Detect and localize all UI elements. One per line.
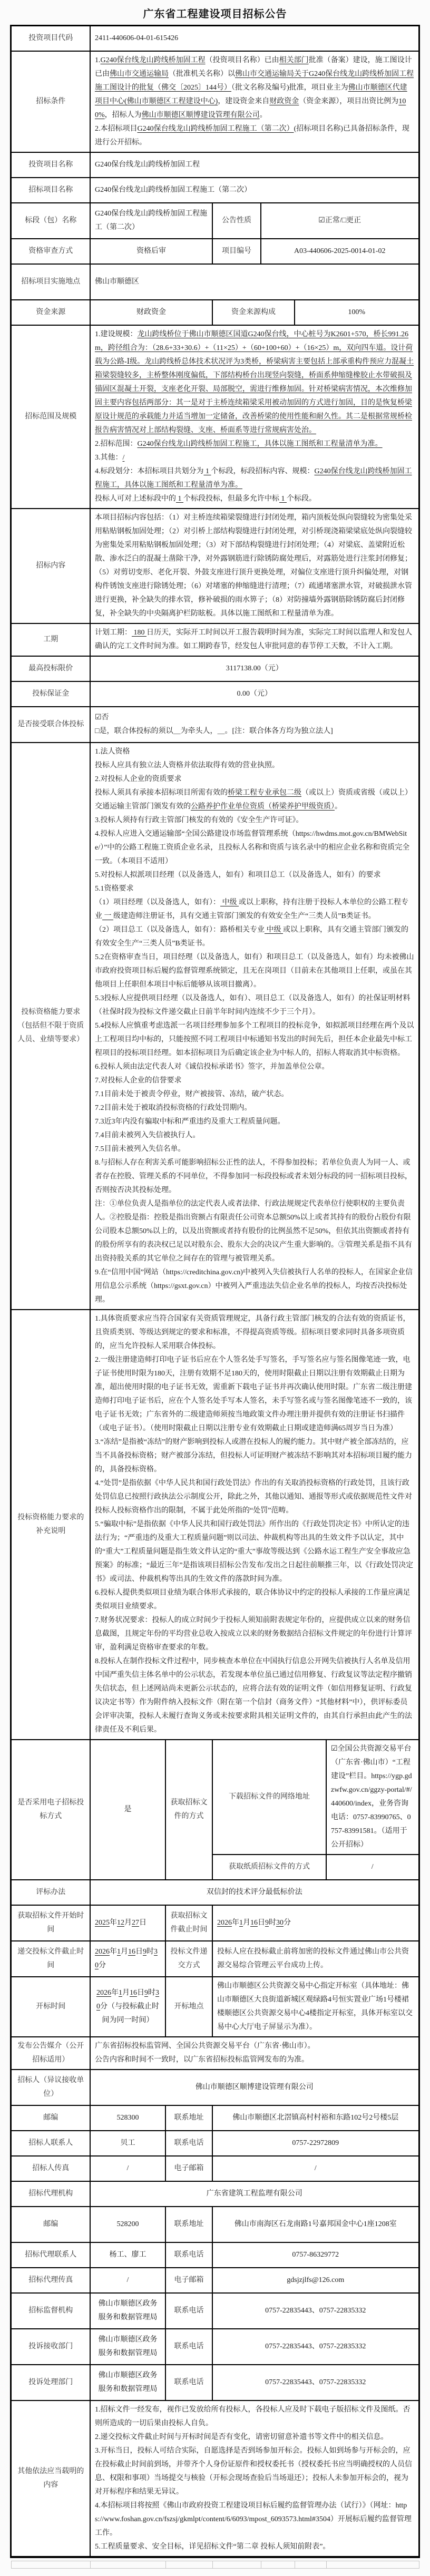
project-code-value: 2411-440606-04-01-615426 <box>90 26 419 52</box>
announcement-table: 投资项目代码 2411-440606-04-01-615426 招标条件 1.G… <box>10 25 419 2558</box>
funds-ratio-value: 100% <box>295 300 419 325</box>
tenderer-contact-value: 贝工 <box>90 2131 165 2156</box>
row-agency-fax: 招标代理传真 / 电子邮箱 gdsjzjlfs@126.com <box>11 2268 419 2293</box>
row-project-code: 投资项目代码 2411-440606-04-01-615426 <box>11 26 419 52</box>
complaint-handle-tel-label: 联系电话 <box>165 2365 212 2401</box>
row-qualification-req: 投标资格能力要求（包括但不限于资质人员、业绩等要求） 1.法人资格 投标人应具有… <box>11 743 419 1310</box>
row-doc-time: 获取招标文件开始时间 2025年12月27日 获取招标文件截止时间 2026年1… <box>11 1905 419 1941</box>
row-complaint-recv: 投诉接收部门 佛山市顺德区政务服务和数据管理局 联系电话 0757-228354… <box>11 2329 419 2365</box>
project-number-value: A03-440606-2025-0014-01-02 <box>261 239 419 264</box>
notice-nature-label: 公告性质 <box>212 203 261 239</box>
row-other: 其他依法应当载明的内容 1.招标文件一经发布，视作已发放给所有投标人，各投标人应… <box>11 2401 419 2557</box>
ghost-cell <box>90 2561 165 2569</box>
agency-post-label: 邮编 <box>11 2207 90 2242</box>
row-max-price: 最高投标限价 3117138.00（元） <box>11 656 419 681</box>
max-price-value: 3117138.00（元） <box>90 656 419 681</box>
submit-deadline-value: 2026年1月16日9时30分 <box>90 1941 165 1977</box>
row-bid-bond: 投标保证金 0.00（元） <box>11 681 419 707</box>
agency-fax-value: / <box>90 2268 165 2293</box>
row-qualification-method: 资格审查方式 资格后审 项目编号 A03-440606-2025-0014-01… <box>11 239 419 264</box>
bid-bond-label: 投标保证金 <box>11 681 90 707</box>
other-value: 1.招标文件一经发布，视作已发放给所有投标人，各投标人应及时下载电子版招标文件及… <box>90 2401 419 2557</box>
agency-email-value: gdsjzjlfs@126.com <box>212 2268 419 2293</box>
agency-contact-value: 杨工、廖工 <box>90 2242 165 2268</box>
duration-label: 工期 <box>11 623 90 656</box>
supervisor-tel-label: 联系电话 <box>165 2293 212 2329</box>
download-url-label: 下载招标文件的网络地址 <box>212 1740 326 1855</box>
agency-addr-label: 联系地址 <box>165 2207 212 2242</box>
other-label: 其他依法应当载明的内容 <box>11 2401 90 2557</box>
evaluation-value: 双信封的技术评分最低标价法 <box>90 1880 419 1905</box>
row-tenderer-fax: 招标人传真 / 电子邮箱 / <box>11 2156 419 2181</box>
row-supervisor: 招标监督机构 佛山市顺德区政务服务和数据管理局 联系电话 0757-228354… <box>11 2293 419 2329</box>
agency-addr-value: 佛山市南海区石龙南路1号嘉邦国金中心1座1208室 <box>212 2207 419 2242</box>
row-scope: 招标范围及规模 1.建设规模：龙山跨线桥位于佛山市顺德区国道G240保台线，中心… <box>11 325 419 509</box>
ghost-cell <box>295 2561 326 2569</box>
opening-place-label: 开标地点 <box>165 1977 212 2037</box>
ghost-cell <box>261 2561 295 2569</box>
row-consortium: 是否接受联合体投标 ☑否 □是，联合体投标的须以＿为牵头人，＿。[注：联合体各方… <box>11 707 419 743</box>
media-label: 发布公告媒介（公开招标适用） <box>11 2037 90 2070</box>
announcement-page: 广东省工程建设项目招标公告 投资项目代码 2411-440606-04-01-6… <box>0 0 430 2576</box>
doc-start-label: 获取招标文件开始时间 <box>11 1905 90 1941</box>
qualification-notes-value: 1.具体资质要求应当符合国家有关资质管理规定，具备行政主管部门核发的合法有效的资… <box>90 1310 419 1740</box>
ghost-cell <box>326 2561 419 2569</box>
complaint-recv-value: 佛山市顺德区政务服务和数据管理局 <box>90 2329 165 2365</box>
content-value: 本项目招标内容包括：（1）对主桥连续箱梁裂缝进行封闭处理，箱内顶板处纵向裂缝较为… <box>90 509 419 623</box>
location-value: 佛山市顺德区 <box>90 264 419 300</box>
tender-conditions-label: 招标条件 <box>11 51 90 152</box>
doc-end-value: 2026年1月16日9时30分 <box>212 1905 419 1941</box>
row-tender-name: 招标项目名称 G240保台线龙山跨线桥加固工程施工（第二次） <box>11 178 419 203</box>
row-funds: 资金来源 财政资金 资金来源构成 100% <box>11 300 419 325</box>
tenderer-addr-value: 佛山市顺德区北滘镇高村村裕和东路102号2号楼5层 <box>212 2105 419 2131</box>
doc-end-label: 获取招标文件截止时间 <box>165 1905 212 1941</box>
evaluation-label: 评标办法 <box>11 1880 90 1905</box>
tender-conditions-value: 1.G240保台线龙山跨线桥加固工程（投资项目名称）已由相关部门批准（备案）建设… <box>90 51 419 152</box>
paper-doc-label: 获取纸质招标文件的方式 <box>212 1855 326 1880</box>
content-label: 招标内容 <box>11 509 90 623</box>
supervisor-label: 招标监督机构 <box>11 2293 90 2329</box>
tenderer-addr-label: 联系地址 <box>165 2105 212 2131</box>
row-tenderer-contact: 招标人联系人 贝工 联系电话 0757-22972809 <box>11 2131 419 2156</box>
submit-method-label: 投标文件递交方式 <box>165 1941 212 1977</box>
opening-time-value: 2026年1月16日9时30分（与投标截止时间为同一时间） <box>90 1977 165 2037</box>
complaint-recv-tel-value: 0757-22835443、0757-22835332 <box>212 2329 419 2365</box>
section-value: G240保台线龙山跨线桥加固工程施工（第二次） <box>90 203 212 239</box>
duration-value: 计划工期： 180 日历天，实际开工时间以开工报告载明时间为准，实际完工时间以监… <box>90 623 419 656</box>
agency-label: 招标代理机构 <box>11 2181 90 2207</box>
row-location: 招标项目实施地点 佛山市顺德区 <box>11 264 419 300</box>
complaint-handle-label: 投诉处理部门 <box>11 2365 90 2401</box>
row-submit: 递交投标文件截止时间 2026年1月16日9时30分 投标文件递交方式 投标人应… <box>11 1941 419 1977</box>
ghost-cell <box>212 2561 261 2569</box>
qualification-req-label: 投标资格能力要求（包括但不限于资质人员、业绩等要求） <box>11 743 90 1310</box>
complaint-recv-label: 投诉接收部门 <box>11 2329 90 2365</box>
row-content: 招标内容 本项目招标内容包括：（1）对主桥连续箱梁裂缝进行封闭处理，箱内顶板处纵… <box>11 509 419 623</box>
section-label: 标段（包）名称 <box>11 203 90 239</box>
tenderer-post-label: 邮编 <box>11 2105 90 2131</box>
tenderer-label: 招标人（异议接收单位） <box>11 2070 90 2105</box>
agency-email-label: 电子邮箱 <box>165 2268 212 2293</box>
doc-start-value: 2025年12月27日 <box>90 1905 165 1941</box>
next-table-clipped-row <box>11 2561 419 2569</box>
qualification-notes-label: 投标资格能力要求的补充说明 <box>11 1310 90 1740</box>
invest-name-label: 投资项目名称 <box>11 152 90 178</box>
media-value: 广东省招标投标监管网、全国公共资源交易平台（广东省·佛山市）。 公告内容和时间不… <box>90 2037 419 2070</box>
row-agency: 招标代理机构 广东省建筑工程监理有限公司 <box>11 2181 419 2207</box>
scope-value: 1.建设规模：龙山跨线桥位于佛山市顺德区国道G240保台线，中心桩号为K2601… <box>90 325 419 509</box>
tender-name-label: 招标项目名称 <box>11 178 90 203</box>
tenderer-post-value: 528300 <box>90 2105 165 2131</box>
consortium-label: 是否接受联合体投标 <box>11 707 90 743</box>
tenderer-fax-label: 招标人传真 <box>11 2156 90 2181</box>
row-electronic-bidding: 是否采用电子招标投标方式 是 获取招标文件的方式 下载招标文件的网络地址 ☑全国… <box>11 1740 419 1855</box>
submit-method-value: 投标人应在投标截止前将加密的投标文件通过佛山市公共资源交易综合管理云平台成功上传… <box>212 1941 419 1977</box>
row-complaint-handle: 投诉处理部门 佛山市顺德区政务服务和数据管理局 联系电话 0757-228354… <box>11 2365 419 2401</box>
agency-post-value: 528200 <box>90 2207 165 2242</box>
agency-value: 广东省建筑工程监理有限公司 <box>90 2181 419 2207</box>
funds-ratio-label: 资金来源构成 <box>212 300 295 325</box>
bid-bond-value: 0.00（元） <box>90 681 419 707</box>
row-agency-post: 邮编 528200 联系地址 佛山市南海区石龙南路1号嘉邦国金中心1座1208室 <box>11 2207 419 2242</box>
agency-fax-label: 招标代理传真 <box>11 2268 90 2293</box>
complaint-handle-tel-value: 0757-22835443、0757-22835332 <box>212 2365 419 2401</box>
ghost-row <box>11 2561 419 2569</box>
supervisor-value: 佛山市顺德区政务服务和数据管理局 <box>90 2293 165 2329</box>
qualification-method-label: 资格审查方式 <box>11 239 90 264</box>
tender-name-value: G240保台线龙山跨线桥加固工程施工（第二次） <box>90 178 419 203</box>
submit-deadline-label: 递交投标文件截止时间 <box>11 1941 90 1977</box>
row-agency-contact: 招标代理联系人 杨工、廖工 联系电话 0757-86329772 <box>11 2242 419 2268</box>
project-number-label: 项目编号 <box>212 239 261 264</box>
funds-label: 资金来源 <box>11 300 90 325</box>
paper-doc-value: / <box>326 1855 419 1880</box>
max-price-label: 最高投标限价 <box>11 656 90 681</box>
opening-place-value: 佛山市顺德区公共资源交易中心指定开标室（具体地址：佛山市顺德区大良街道新城区观绿… <box>212 1977 419 2037</box>
funds-value: 财政资金 <box>90 300 212 325</box>
download-url-value: ☑全国公共资源交易平台（广东省·佛山市）“工程建设”栏目。https://ygp… <box>326 1740 419 1855</box>
tenderer-tel-value: 0757-22972809 <box>212 2131 419 2156</box>
location-label: 招标项目实施地点 <box>11 264 90 300</box>
row-tender-conditions: 招标条件 1.G240保台线龙山跨线桥加固工程（投资项目名称）已由相关部门批准（… <box>11 51 419 152</box>
row-duration: 工期 计划工期： 180 日历天，实际开工时间以开工报告载明时间为准，实际完工时… <box>11 623 419 656</box>
row-qualification-notes: 投标资格能力要求的补充说明 1.具体资质要求应当符合国家有关资质管理规定，具备行… <box>11 1310 419 1740</box>
row-tenderer-post: 邮编 528300 联系地址 佛山市顺德区北滘镇高村村裕和东路102号2号楼5层 <box>11 2105 419 2131</box>
doc-obtain-method-label: 获取招标文件的方式 <box>165 1740 212 1880</box>
agency-contact-label: 招标代理联系人 <box>11 2242 90 2268</box>
agency-tel-value: 0757-86329772 <box>212 2242 419 2268</box>
agency-tel-label: 联系电话 <box>165 2242 212 2268</box>
project-code-label: 投资项目代码 <box>11 26 90 52</box>
row-evaluation: 评标办法 双信封的技术评分最低标价法 <box>11 1880 419 1905</box>
qualification-req-value: 1.法人资格 投标人应具有独立法人资格并依法取得有效的营业执照。 2.对投标人企… <box>90 743 419 1310</box>
tenderer-fax-value: / <box>90 2156 165 2181</box>
row-tenderer: 招标人（异议接收单位） 佛山市顺德区顺博建设管理有限公司 <box>11 2070 419 2105</box>
scope-label: 招标范围及规模 <box>11 325 90 509</box>
tenderer-email-value: / <box>212 2156 419 2181</box>
electronic-bidding-value: 是 <box>90 1740 165 1880</box>
row-section: 标段（包）名称 G240保台线龙山跨线桥加固工程施工（第二次） 公告性质 ☑正常… <box>11 203 419 239</box>
notice-nature-value: ☑正常/□更正 <box>261 203 419 239</box>
page-title: 广东省工程建设项目招标公告 <box>11 5 419 21</box>
ghost-cell <box>165 2561 212 2569</box>
tenderer-email-label: 电子邮箱 <box>165 2156 212 2181</box>
ghost-cell <box>11 2561 90 2569</box>
row-media: 发布公告媒介（公开招标适用） 广东省招标投标监管网、全国公共资源交易平台（广东省… <box>11 2037 419 2070</box>
electronic-bidding-label: 是否采用电子招标投标方式 <box>11 1740 90 1880</box>
supervisor-tel-value: 0757-22835443、0757-22835332 <box>212 2293 419 2329</box>
row-invest-name: 投资项目名称 G240保台线龙山跨线桥加固工程 <box>11 152 419 178</box>
tenderer-value: 佛山市顺德区顺博建设管理有限公司 <box>90 2070 419 2105</box>
complaint-recv-tel-label: 联系电话 <box>165 2329 212 2365</box>
tenderer-contact-label: 招标人联系人 <box>11 2131 90 2156</box>
opening-time-label: 开标时间 <box>11 1977 90 2037</box>
qualification-method-value: 资格后审 <box>90 239 212 264</box>
row-opening: 开标时间 2026年1月16日9时30分（与投标截止时间为同一时间） 开标地点 … <box>11 1977 419 2037</box>
complaint-handle-value: 佛山市顺德区政务服务和数据管理局 <box>90 2365 165 2401</box>
consortium-value: ☑否 □是，联合体投标的须以＿为牵头人，＿。[注：联合体各方均为独立法人] <box>90 707 419 743</box>
invest-name-value: G240保台线龙山跨线桥加固工程 <box>90 152 419 178</box>
tenderer-tel-label: 联系电话 <box>165 2131 212 2156</box>
